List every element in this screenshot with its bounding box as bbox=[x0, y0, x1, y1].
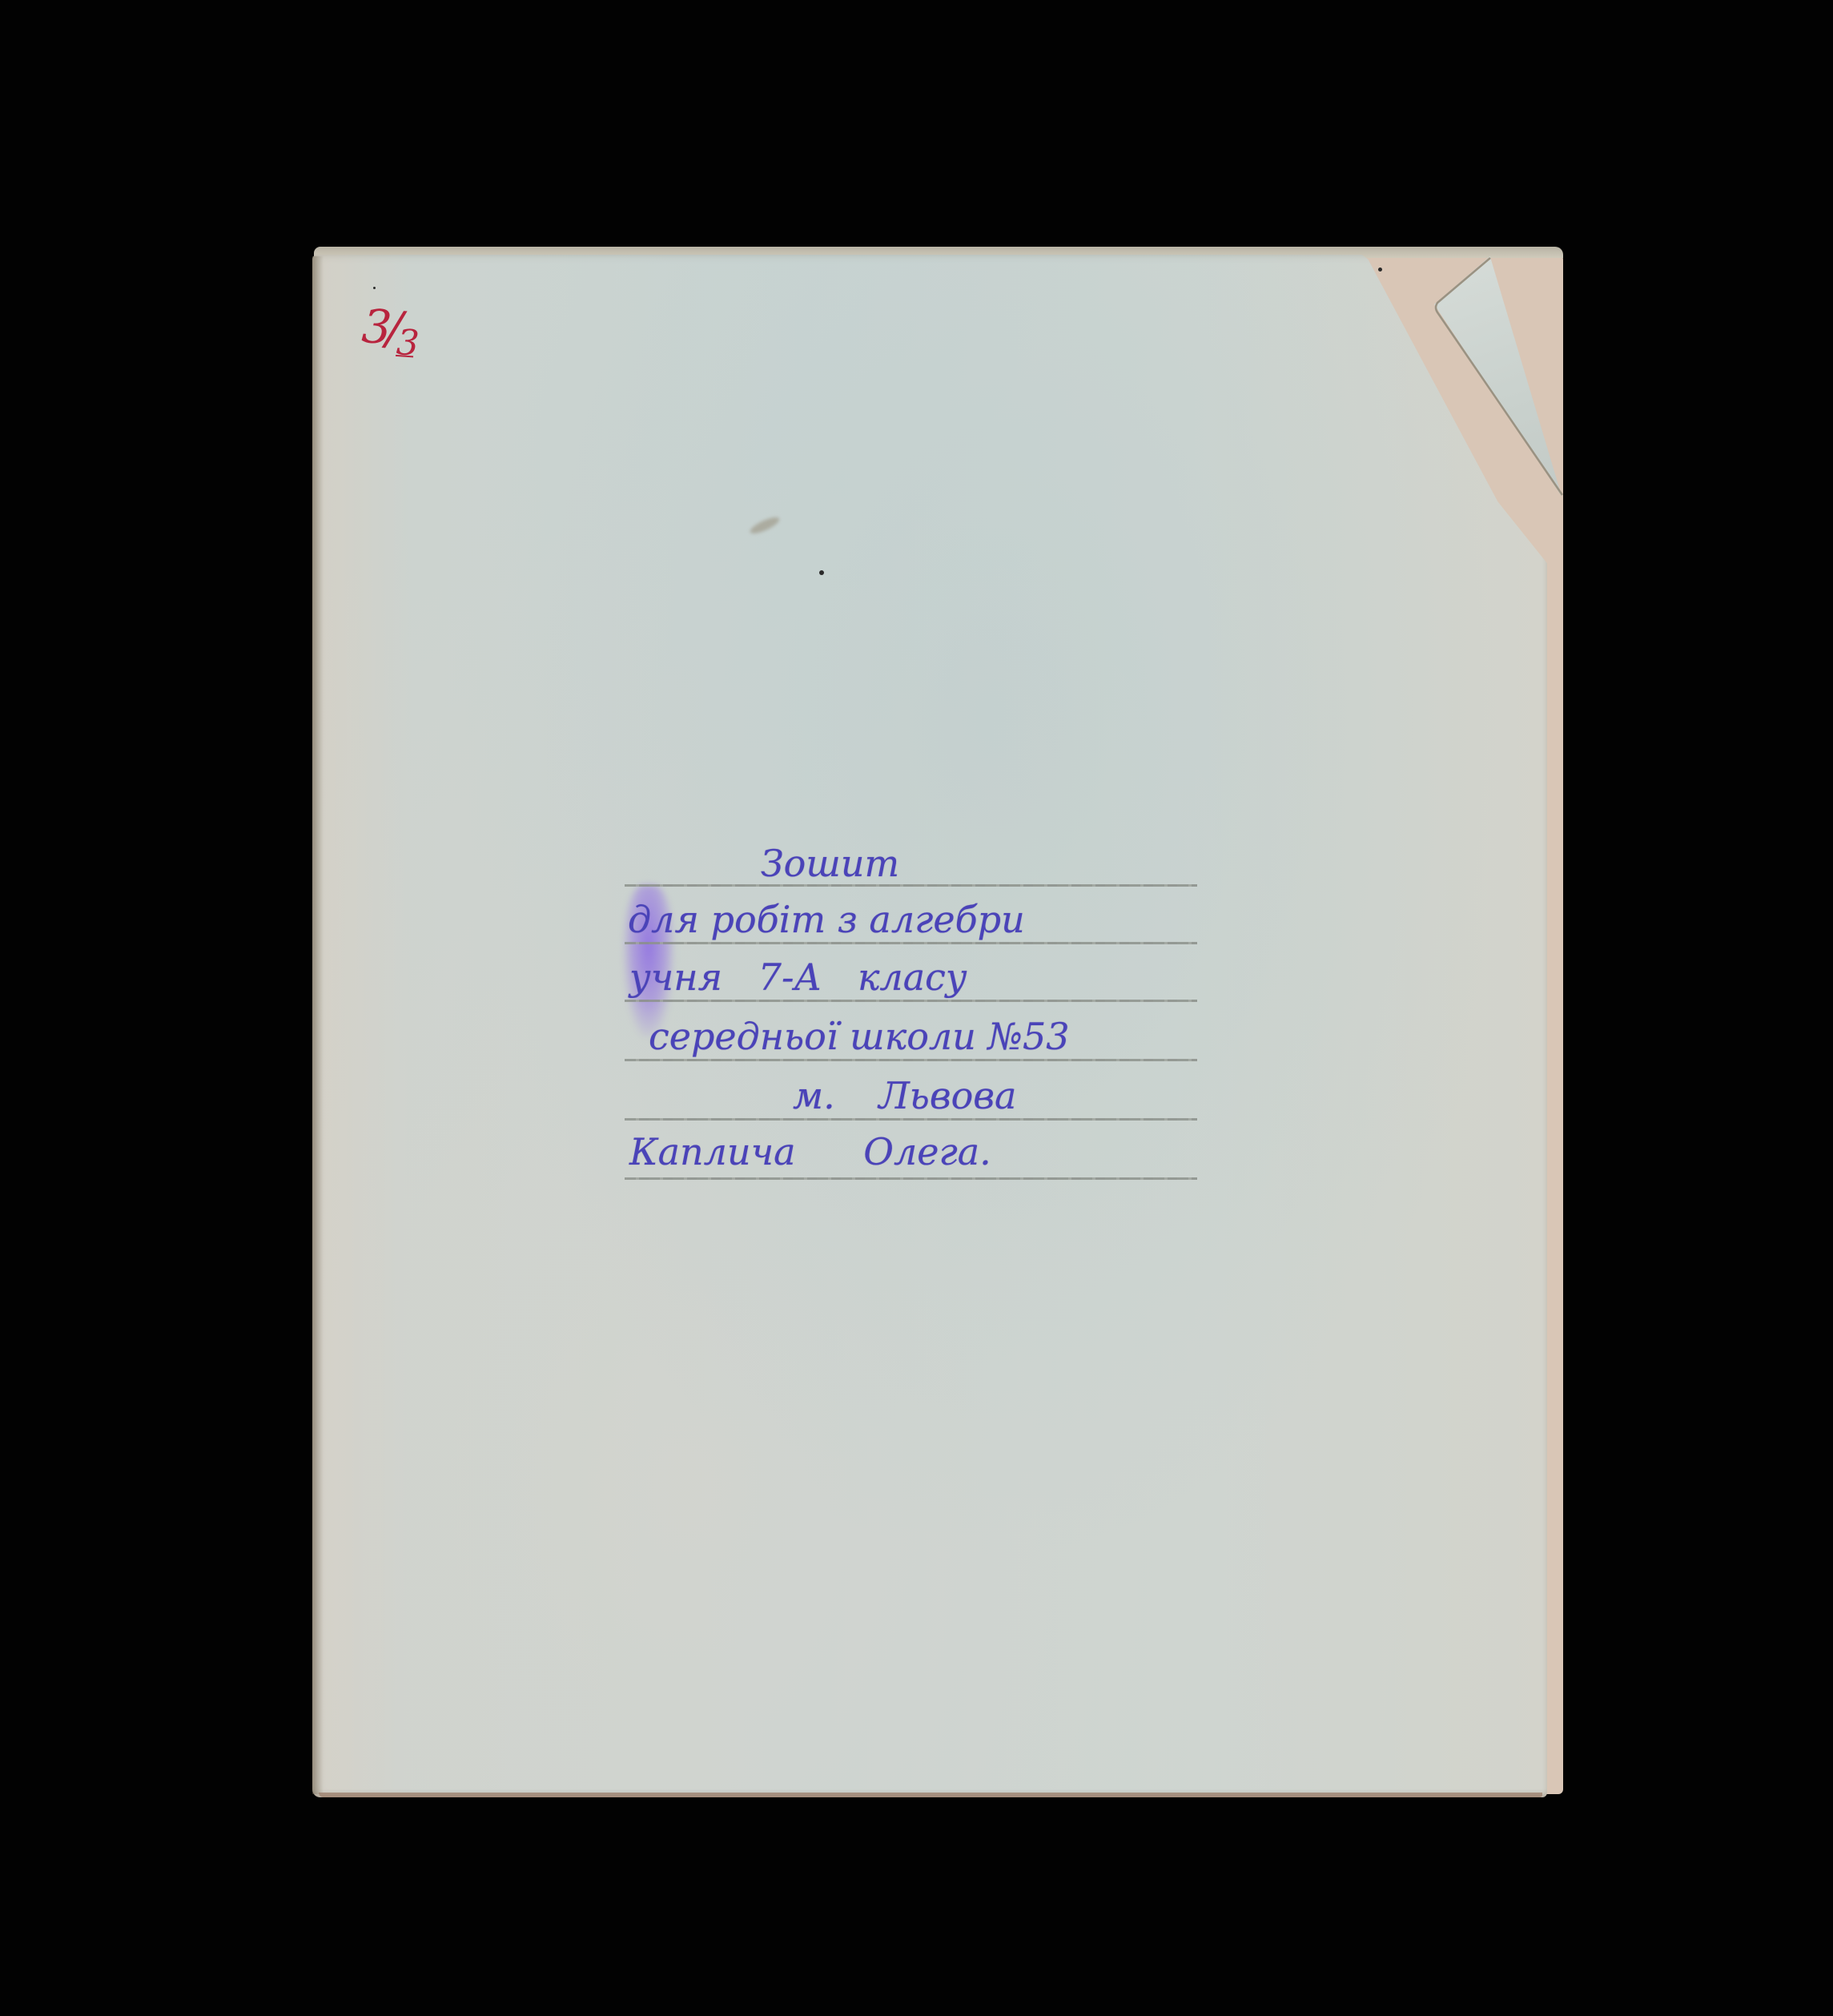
ruled-line bbox=[625, 942, 1197, 944]
label-line-student-name: Каплича Олега. bbox=[629, 1129, 991, 1174]
label-line-class: учня 7-А класу bbox=[629, 955, 967, 1000]
label-title: Зошит bbox=[761, 841, 899, 886]
ruled-line bbox=[625, 1000, 1197, 1002]
ruled-line bbox=[625, 1177, 1197, 1180]
paper-speck bbox=[1378, 268, 1382, 272]
archive-mark-numerator: 3 bbox=[360, 299, 389, 355]
paper-speck bbox=[373, 287, 376, 289]
label-line-subject: для робіт з алгебри bbox=[628, 897, 1025, 942]
spine-edge bbox=[312, 256, 324, 1794]
ruled-line bbox=[625, 1118, 1197, 1121]
cover-bottom-edge bbox=[319, 1793, 1542, 1797]
paper-speck bbox=[819, 570, 824, 575]
ruled-line bbox=[625, 884, 1197, 887]
archive-mark: 3/3 bbox=[360, 294, 436, 363]
ruled-line bbox=[625, 1059, 1197, 1061]
label-line-city: м. Львова bbox=[793, 1073, 1016, 1118]
cover-label: Зошит для робіт з алгебри учня 7-А класу… bbox=[625, 833, 1197, 1185]
label-line-school: середньої школи №53 bbox=[649, 1014, 1070, 1059]
scan-background: 3/3 Зошит для робіт з алгебри учня 7-А к… bbox=[0, 0, 1833, 2016]
archive-mark-denominator: 3 bbox=[395, 322, 416, 364]
